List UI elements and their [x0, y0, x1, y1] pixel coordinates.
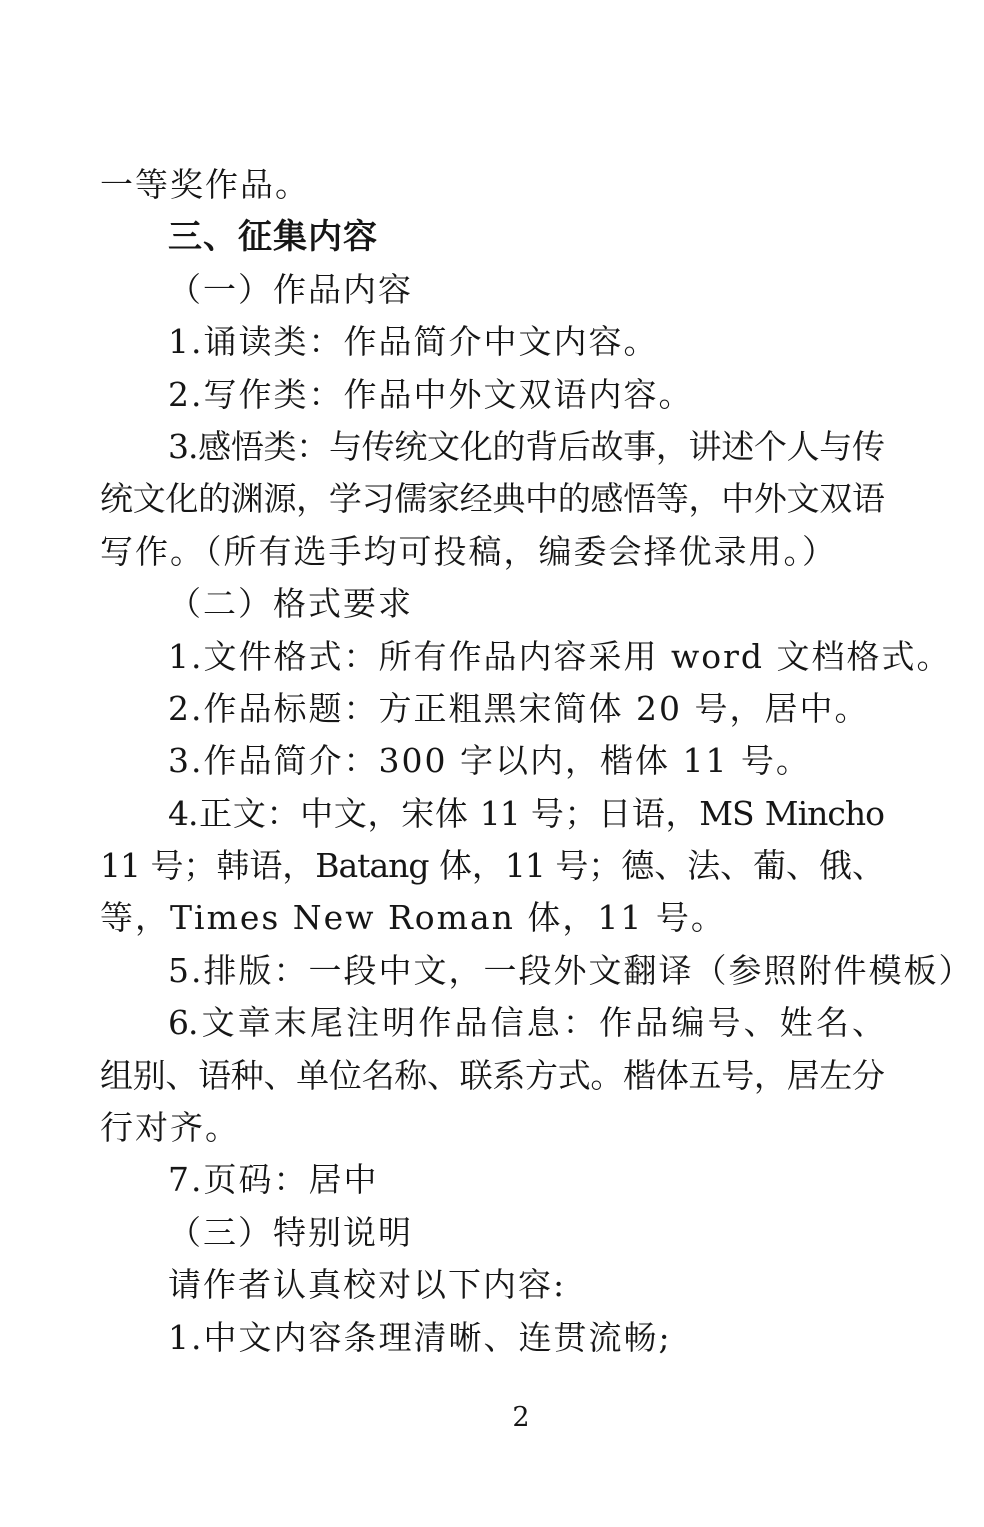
- document-line: 5.排版：一段中文，一段外文翻译（参照附件模板）: [100, 945, 884, 997]
- document-line: 2.作品标题：方正粗黑宋简体 20 号，居中。: [100, 683, 884, 735]
- document-line: 请作者认真校对以下内容:: [100, 1259, 884, 1311]
- document-line: 1.文件格式：所有作品内容采用 word 文档格式。: [100, 631, 884, 683]
- document-line: （一）作品内容: [100, 264, 884, 316]
- document-page: 一等奖作品。三、征集内容（一）作品内容1.诵读类：作品简介中文内容。2.写作类：…: [0, 0, 984, 1527]
- document-line: 1.诵读类：作品简介中文内容。: [100, 316, 884, 368]
- document-line: 1.中文内容条理清晰、连贯流畅;: [100, 1312, 884, 1364]
- document-line: 3.作品简介：300 字以内，楷体 11 号。: [100, 735, 884, 787]
- document-line: （二）格式要求: [100, 578, 884, 630]
- document-line: 7.页码：居中: [100, 1154, 884, 1206]
- page-number: 2: [0, 1402, 984, 1433]
- document-line: 2.写作类：作品中外文双语内容。: [100, 369, 884, 421]
- document-line: 统文化的渊源，学习儒家经典中的感悟等，中外文双语: [100, 473, 884, 525]
- document-line: 三、征集内容: [100, 211, 884, 263]
- document-line: 6.文章末尾注明作品信息：作品编号、姓名、国籍、: [100, 997, 884, 1049]
- document-line: 3.感悟类：与传统文化的背后故事，讲述个人与传: [100, 421, 884, 473]
- document-line: （三）特别说明: [100, 1207, 884, 1259]
- document-line: 11 号；韩语，Batang 体，11 号；德、法、葡、俄、西: [100, 840, 884, 892]
- document-line: 组别、语种、单位名称、联系方式。楷体五号，居左分: [100, 1050, 884, 1102]
- document-body: 一等奖作品。三、征集内容（一）作品内容1.诵读类：作品简介中文内容。2.写作类：…: [100, 159, 884, 1364]
- document-line: 一等奖作品。: [100, 159, 884, 211]
- document-line: 行对齐。: [100, 1102, 884, 1154]
- document-line: 写作。（所有选手均可投稿，编委会择优录用。）: [100, 526, 884, 578]
- document-line: 4.正文：中文，宋体 11 号；日语，MS Mincho 体，: [100, 788, 884, 840]
- document-line: 等，Times New Roman 体，11 号。: [100, 892, 884, 944]
